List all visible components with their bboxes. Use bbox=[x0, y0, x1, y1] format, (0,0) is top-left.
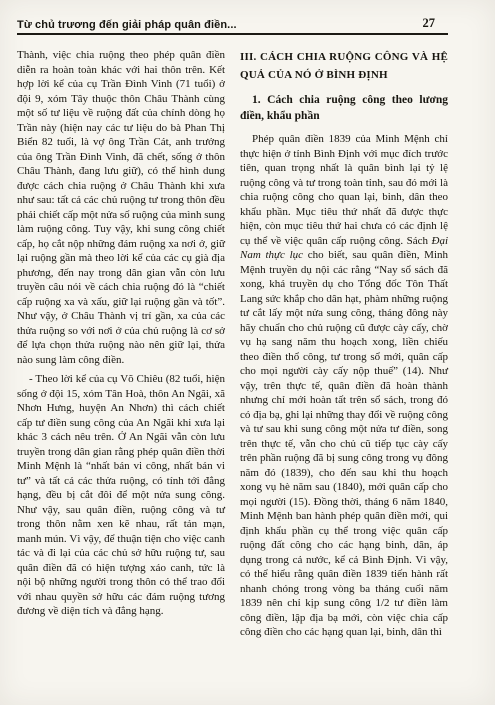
paragraph-segment: Phép quân điền 1839 của Minh Mệnh chỉ th… bbox=[240, 133, 448, 247]
running-header: Từ chủ trương đến giải pháp quân điền...… bbox=[17, 16, 448, 35]
running-header-title: Từ chủ trương đến giải pháp quân điền... bbox=[17, 19, 237, 31]
right-column: III. CÁCH CHIA RUỘNG CÔNG VÀ HỆ QUẢ CỦA … bbox=[240, 48, 448, 640]
two-column-body: Thành, việc chia ruộng theo phép quân đi… bbox=[17, 48, 448, 640]
page-number: 27 bbox=[423, 16, 449, 31]
body-paragraph-phep-quan-dien: Phép quân điền 1839 của Minh Mệnh chỉ th… bbox=[240, 132, 448, 640]
section-heading: III. CÁCH CHIA RUỘNG CÔNG VÀ HỆ QUẢ CỦA … bbox=[240, 49, 448, 84]
running-header-row: Từ chủ trương đến giải pháp quân điền...… bbox=[17, 16, 448, 31]
left-column: Thành, việc chia ruộng theo phép quân đi… bbox=[17, 48, 225, 640]
scanned-book-page: Từ chủ trương đến giải pháp quân điền...… bbox=[0, 0, 495, 705]
paragraph-segment: cho biết, sau quân điền, Minh Mệnh truyề… bbox=[240, 249, 448, 638]
body-paragraph-an-ngai: - Theo lời kể của cụ Võ Chiêu (82 tuổi, … bbox=[17, 372, 225, 619]
body-paragraph-chau-thanh: Thành, việc chia ruộng theo phép quân đi… bbox=[17, 48, 225, 367]
header-rule bbox=[17, 33, 448, 35]
section-subheading: 1. Cách chia ruộng công theo lương điền,… bbox=[240, 93, 448, 124]
